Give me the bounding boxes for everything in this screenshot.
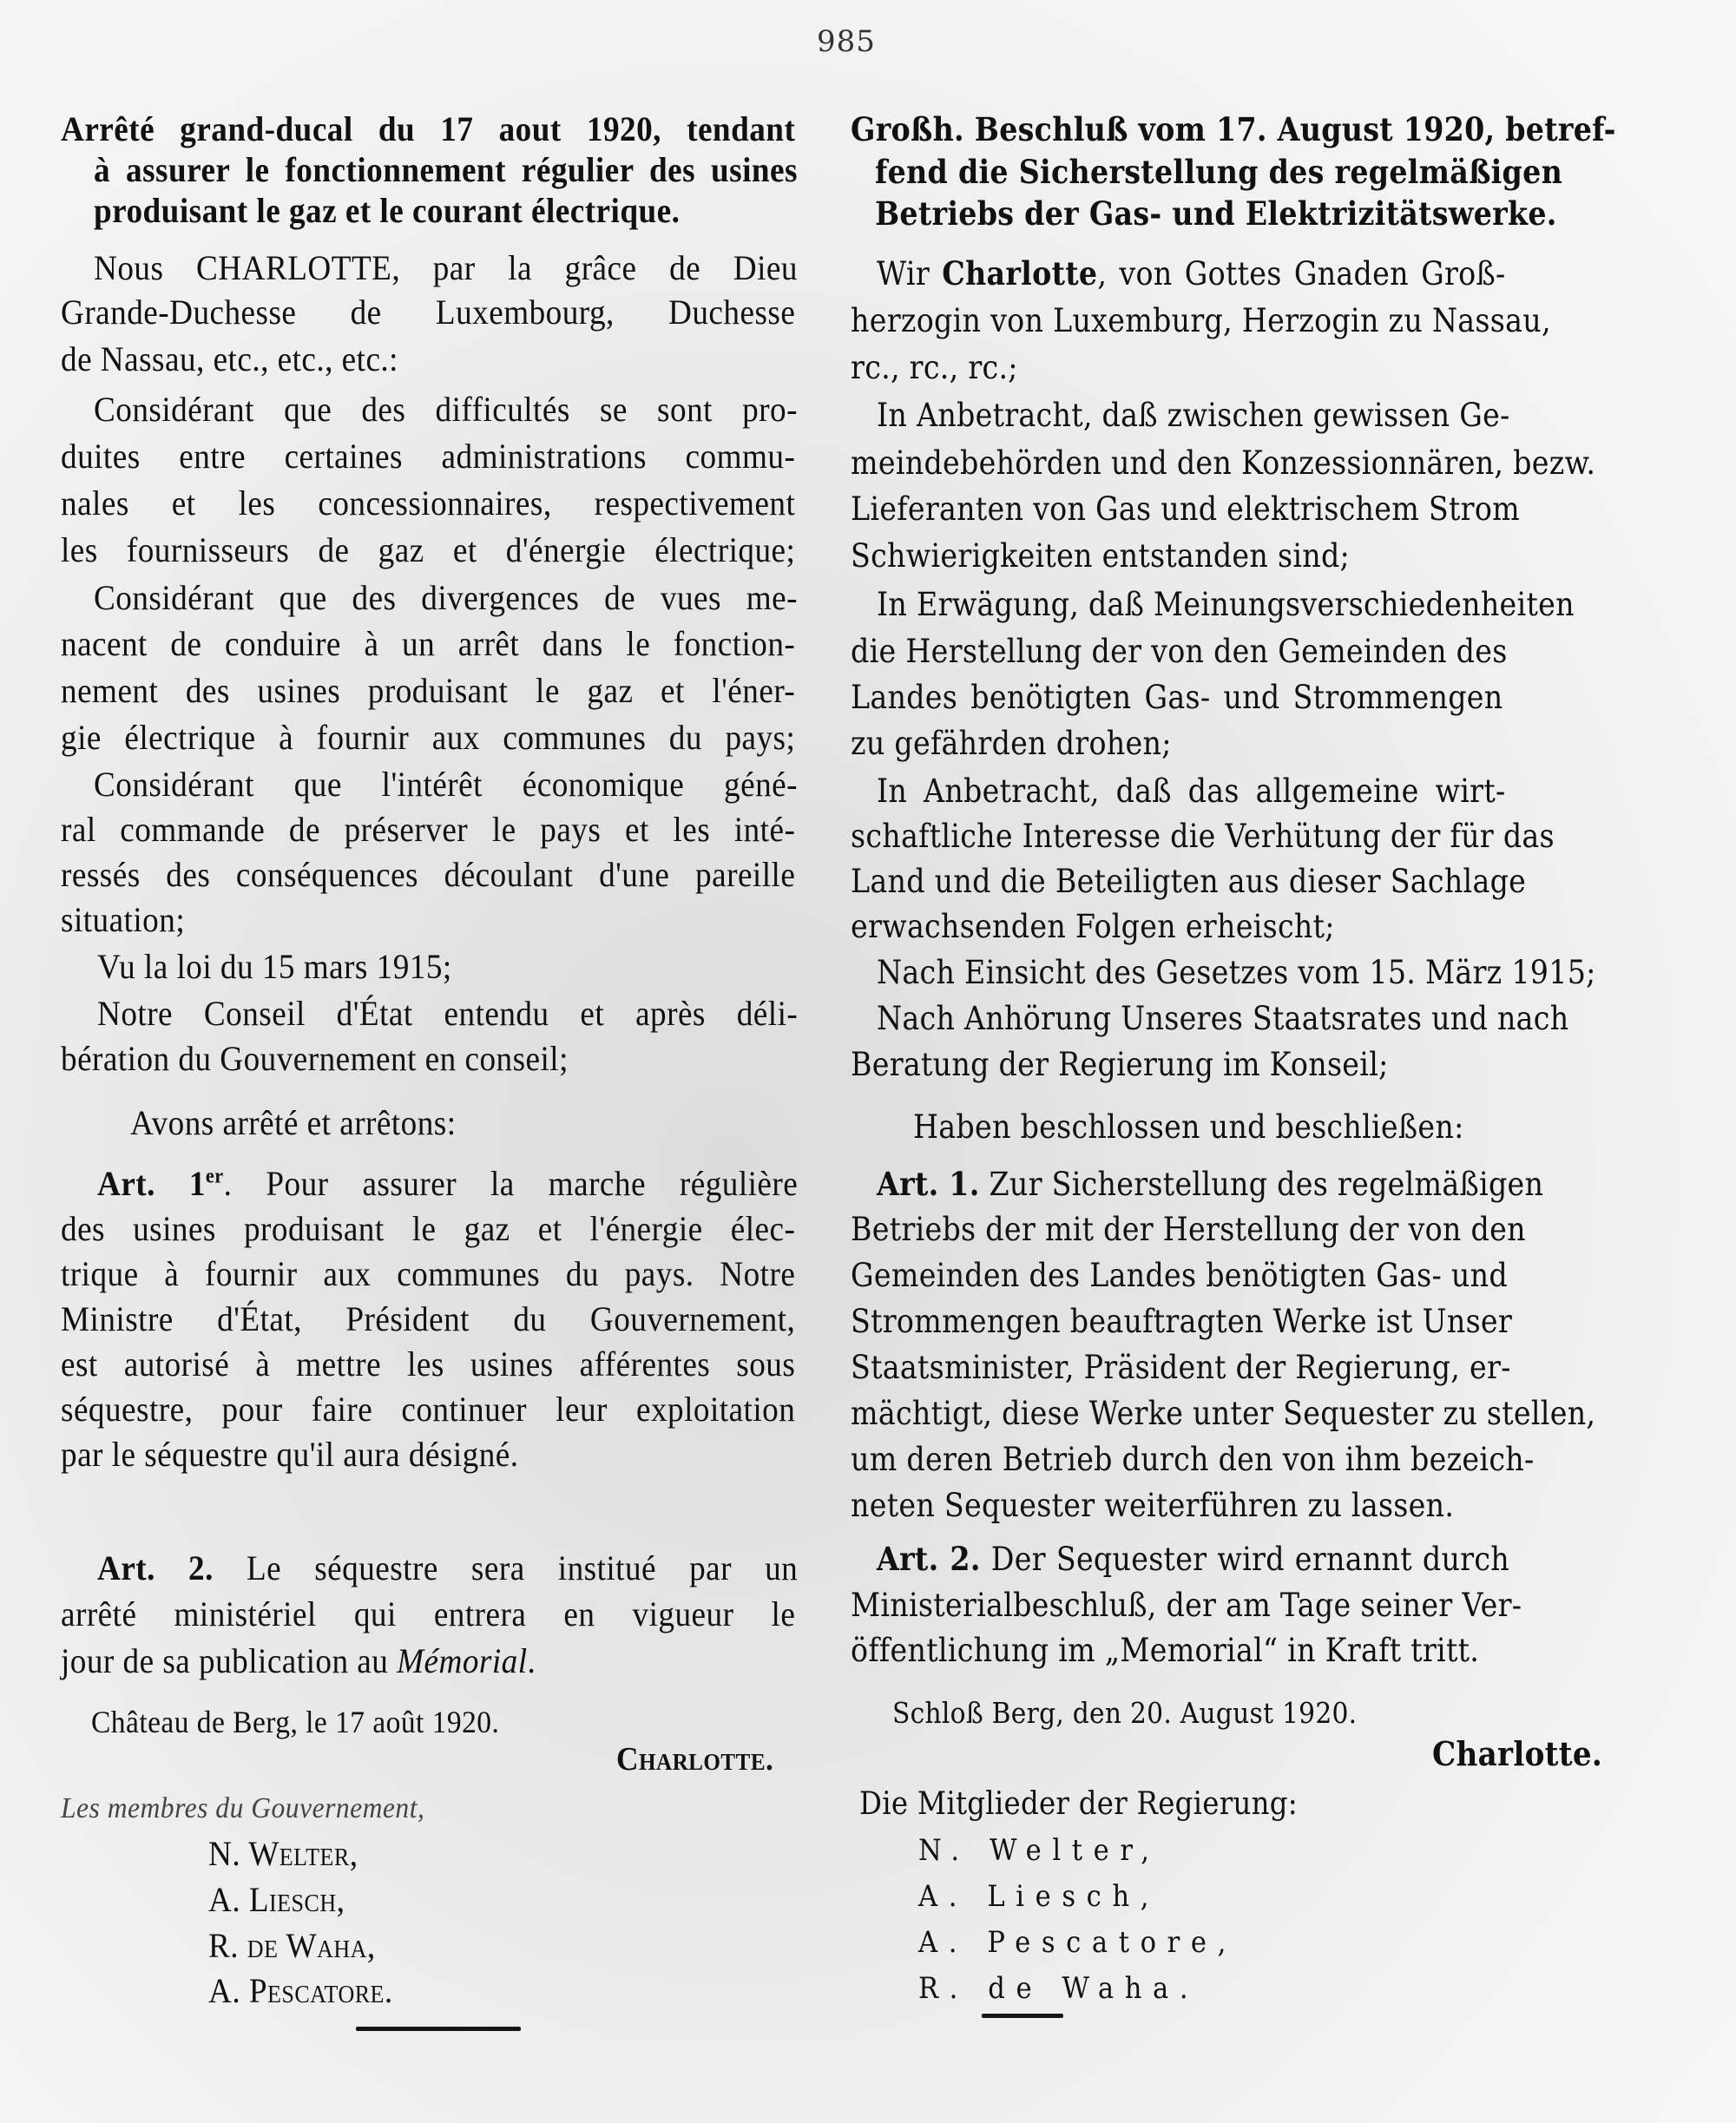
german-haben-beschlossen: Haben beschlossen und beschließen: <box>913 1107 1509 1148</box>
french-title-line: à assurer le fonctionnement régulier des… <box>94 149 798 191</box>
french-art1-label-sup: er <box>206 1166 224 1188</box>
german-anbetracht-line: Land und die Beteiligten aus dieser Sach… <box>851 861 1503 903</box>
german-anbetracht-line: In Anbetracht, daß das allgemeine wirt- <box>877 771 1506 812</box>
german-erwaegung-line: zu gefährden drohen; <box>851 723 1503 765</box>
german-member: R. de Waha. <box>918 1968 1309 2009</box>
french-vu-la-loi: Vu la loi du 15 mars 1915; <box>97 946 798 988</box>
german-art2-line: öffentlichung im „Memorial“ in Kraft tri… <box>851 1630 1507 1672</box>
french-art1-first-line: Art. 1er. Pour assurer la marche réguliè… <box>97 1163 798 1205</box>
french-considerant-line: situation; <box>61 899 795 941</box>
french-considerant-line: Considérant que des divergences de vues … <box>94 577 798 619</box>
page-number: 985 <box>0 24 1693 59</box>
german-anhoerung-line: Beratung der Regierung im Konseil; <box>851 1044 1503 1086</box>
french-art1-line: par le séquestre qu'il aura désigné. <box>61 1434 795 1476</box>
french-considerant-line: nacent de conduire à un arrêt dans le fo… <box>61 623 795 665</box>
french-art2-line: jour de sa publication au Mémorial. <box>61 1640 795 1682</box>
german-intro-charlotte: Charlotte <box>942 254 1097 292</box>
french-intro-line: Nous CHARLOTTE, par la grâce de Dieu <box>94 247 798 289</box>
french-title-line: produisant le gaz et le courant électriq… <box>94 190 798 232</box>
german-intro-line: rc., rc., rc.; <box>851 347 1503 389</box>
french-considerant-line: gie électrique à fournir aux communes du… <box>61 717 795 759</box>
french-conseil-line: bération du Gouvernement en conseil; <box>61 1038 795 1080</box>
french-art1-line: séquestre, pour faire continuer leur exp… <box>61 1389 795 1430</box>
french-conseil-line: Notre Conseil d'État entendu et après dé… <box>97 993 798 1035</box>
french-member: A. Pescatore. <box>208 1970 531 2012</box>
german-anbetracht-line: meindebehörden und den Konzessionnären, … <box>851 443 1503 484</box>
german-art1-line: neten Sequester weiterführen zu lassen. <box>851 1485 1507 1527</box>
german-art2-first-line-text: Der Sequester wird ernannt durch <box>991 1541 1509 1578</box>
german-intro-line: herzogin von Luxemburg, Herzogin zu Nass… <box>851 300 1503 342</box>
german-erwaegung-line: Landes benötigten Gas- und Strommengen <box>851 677 1503 719</box>
german-closing-rule <box>982 2014 1063 2018</box>
german-intro-wir: Wir <box>877 255 942 292</box>
german-art1-line: um deren Betrieb durch den von ihm bezei… <box>851 1439 1507 1481</box>
french-intro-line: de Nassau, etc., etc., etc.: <box>61 338 795 380</box>
french-art1-line: trique à fournir aux communes du pays. N… <box>61 1253 795 1295</box>
french-member: N. Welter, <box>208 1833 531 1875</box>
german-erwaegung-line: die Herstellung der von den Gemeinden de… <box>851 631 1503 673</box>
german-art2-line: Ministerialbeschluß, der am Tage seiner … <box>851 1585 1507 1627</box>
german-member: A. Pescatore, <box>918 1922 1309 1963</box>
german-art1-first-line-text: Zur Sicherstellung des regelmäßigen <box>989 1166 1543 1203</box>
french-considerant-line: Considérant que l'intérêt économique gén… <box>94 764 798 805</box>
french-art2-line3-text: jour de sa publication au <box>61 1641 397 1680</box>
german-intro-line: Wir Charlotte, von Gottes Gnaden Groß- <box>877 253 1506 295</box>
french-member: R. de Waha, <box>208 1925 531 1967</box>
german-members-heading: Die Mitglieder der Regierung: <box>859 1784 1508 1825</box>
french-art1-line: Ministre d'État, Président du Gouverneme… <box>61 1298 795 1340</box>
french-art2-line: arrêté ministériel qui entrera en vigueu… <box>61 1594 795 1635</box>
german-art1-line: Betriebs der mit der Herstellung der von… <box>851 1209 1507 1251</box>
german-anbetracht-line: In Anbetracht, daß zwischen gewissen Ge- <box>877 395 1506 437</box>
german-art1-line: mächtigt, diese Werke unter Sequester zu… <box>851 1393 1507 1435</box>
german-art2-first-line: Art. 2. Der Sequester wird ernannt durch <box>877 1538 1509 1581</box>
german-anbetracht-line: Lieferanten von Gas und elektrischem Str… <box>851 489 1503 530</box>
french-intro-line: Grande-Duchesse de Luxembourg, Duchesse <box>61 292 795 333</box>
german-einsicht: Nach Einsicht des Gesetzes vom 15. März … <box>877 952 1506 994</box>
german-art2-label: Art. 2. <box>877 1540 981 1578</box>
german-member: N. Welter, <box>918 1830 1309 1871</box>
german-anbetracht-line: schaftliche Interesse die Verhütung der … <box>851 816 1503 858</box>
german-title-line: fend die Sicherstellung des regelmäßigen <box>875 151 1505 193</box>
german-art1-line: Gemeinden des Landes benötigten Gas- und <box>851 1255 1507 1297</box>
german-anbetracht-line: erwachsenden Folgen erheischt; <box>851 906 1503 948</box>
french-place-date: Château de Berg, le 17 août 1920. <box>91 1701 798 1743</box>
french-art2-first-line-text: Le séquestre sera institué par un <box>247 1548 798 1587</box>
french-art1-line: est autorisé à mettre les usines afféren… <box>61 1344 795 1385</box>
french-member: A. Liesch, <box>208 1879 531 1921</box>
german-art1-label: Art. 1. <box>877 1165 980 1203</box>
french-art1-first-line-text: . Pour assurer la marche régulière <box>224 1164 799 1203</box>
french-considerant-line: ressés des conséquences découlant d'une … <box>61 854 795 896</box>
french-considerant-line: duites entre certaines administrations c… <box>61 436 795 477</box>
french-art1-label: Art. 1 <box>97 1164 206 1203</box>
french-considerant-line: nement des usines produisant le gaz et l… <box>61 670 795 712</box>
french-art2-label: Art. 2. <box>97 1548 214 1587</box>
german-anhoerung-line: Nach Anhörung Unseres Staatsrates und na… <box>877 998 1506 1040</box>
french-considerant-line: Considérant que des difficultés se sont … <box>94 389 798 431</box>
french-closing-rule <box>356 2027 521 2031</box>
french-considerant-line: les fournisseurs de gaz et d'énergie éle… <box>61 529 795 571</box>
german-art1-line: Staatsminister, Präsident der Regierung,… <box>851 1347 1507 1389</box>
german-intro-line1-rest: , von Gottes Gnaden Groß- <box>1097 255 1505 292</box>
german-art1-first-line: Art. 1. Zur Sicherstellung des regelmäßi… <box>877 1163 1509 1206</box>
french-members-heading: Les membres du Gouvernement, <box>61 1788 795 1830</box>
german-member: A. Liesch, <box>918 1876 1309 1917</box>
german-title-line: Großh. Beschluß vom 17. August 1920, bet… <box>851 108 1503 150</box>
german-place-date: Schloß Berg, den 20. August 1920. <box>892 1692 1509 1734</box>
german-signature: Charlotte. <box>1432 1733 1588 1775</box>
french-avons-arrete: Avons arrêté et arrêtons: <box>130 1102 800 1144</box>
french-art1-line: des usines produisant le gaz et l'énergi… <box>61 1208 795 1250</box>
french-art2-first-line: Art. 2. Le séquestre sera institué par u… <box>97 1548 798 1589</box>
french-signature: Charlotte. <box>616 1738 834 1780</box>
french-considerant-line: nales et les concessionnaires, respectiv… <box>61 483 795 524</box>
german-erwaegung-line: In Erwägung, daß Meinungsverschiedenheit… <box>877 584 1506 626</box>
german-anbetracht-line: Schwierigkeiten entstanden sind; <box>851 536 1503 577</box>
memorial-reference: Mémorial <box>397 1641 527 1680</box>
french-considerant-line: ral commande de préserver le pays et les… <box>61 809 795 851</box>
french-title-line: Arrêté grand-ducal du 17 aout 1920, tend… <box>61 108 795 150</box>
french-art2-line3-end: . <box>528 1641 536 1680</box>
german-title-line: Betriebs der Gas- und Elektrizitätswerke… <box>875 193 1505 234</box>
german-art1-line: Strommengen beauftragten Werke ist Unser <box>851 1301 1507 1343</box>
